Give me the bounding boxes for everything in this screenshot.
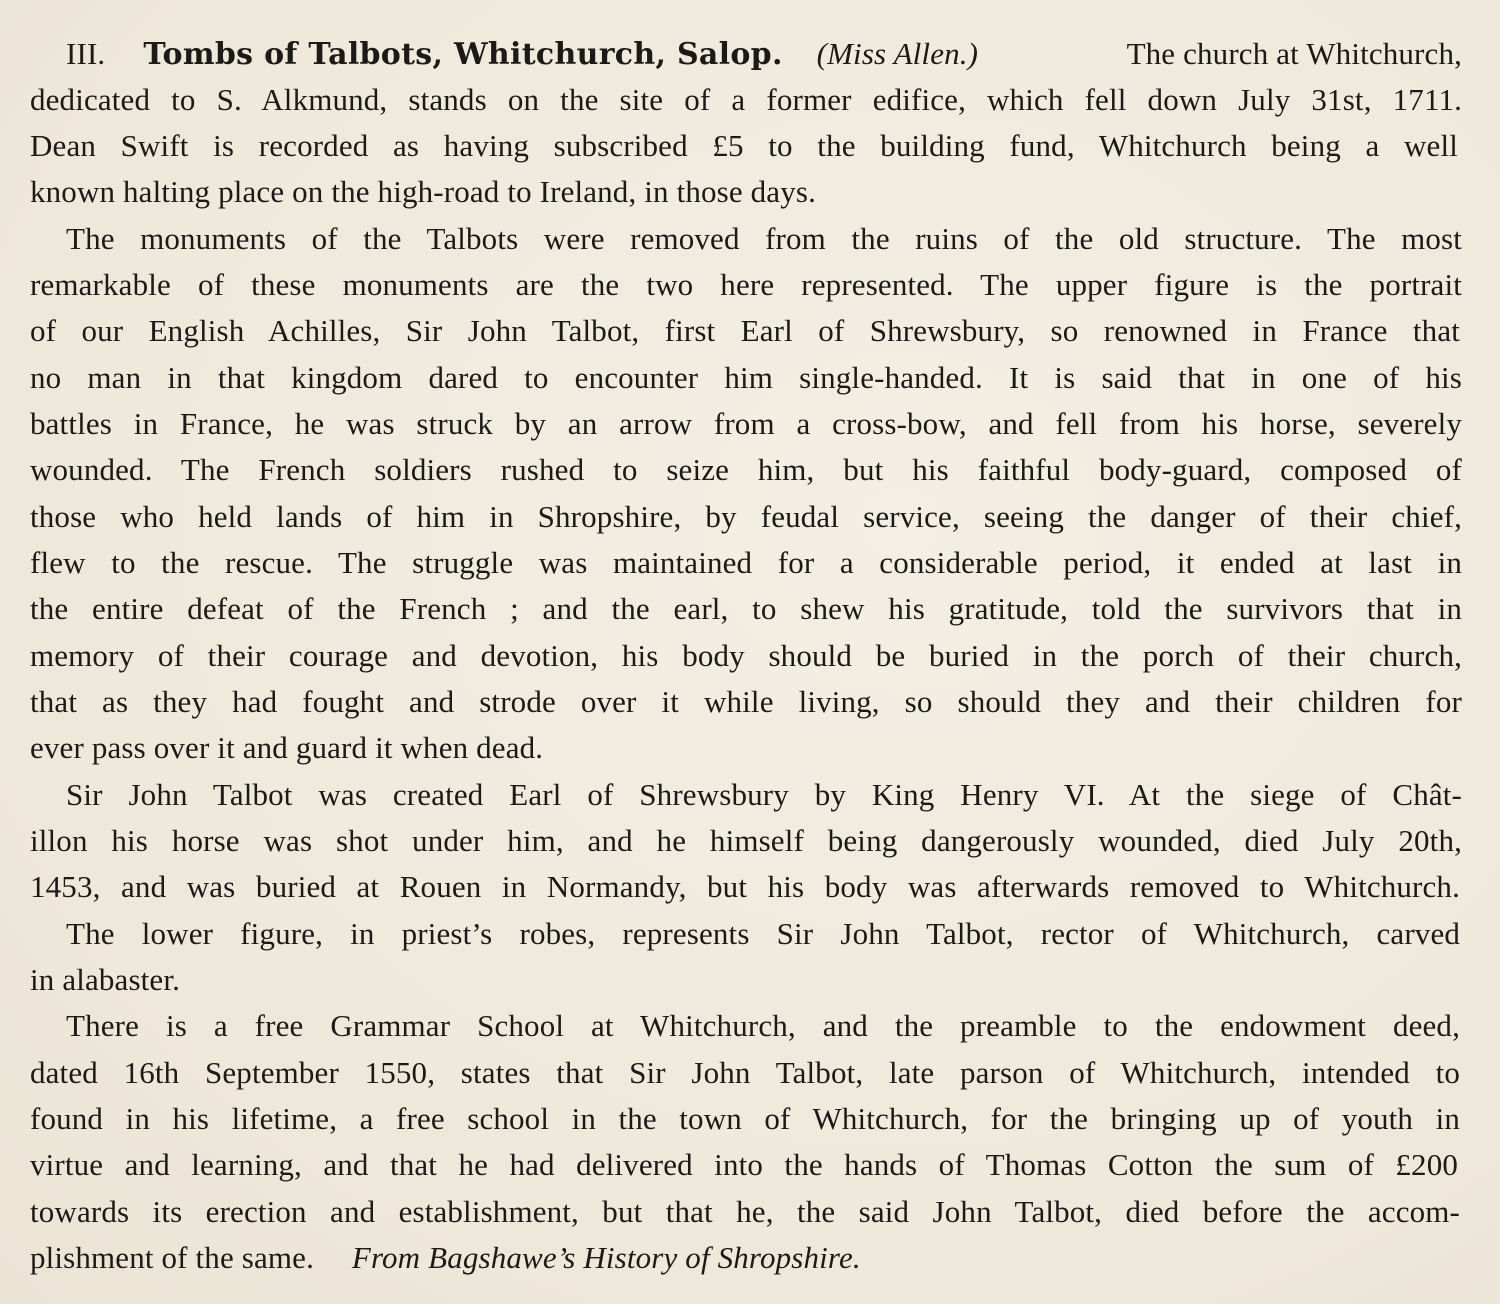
paragraph-5-line-5: towards its erection and establishment, … [30, 1189, 1460, 1235]
paragraph-2-line-12: ever pass over it and guard it when dead… [30, 725, 543, 771]
paragraph-2-line-9: the entire defeat of the French ; and th… [30, 586, 1462, 632]
section-numeral: III. [66, 36, 105, 71]
heading-line: III.Tombs of Talbots, Whitchurch, Salop.… [66, 31, 1462, 78]
paragraph-2-line-5: battles in France, he was struck by an a… [30, 401, 1462, 447]
paragraph-5-line-6: plishment of the same. From Bagshawe’s H… [30, 1235, 861, 1281]
scanned-book-page: III.Tombs of Talbots, Whitchurch, Salop.… [0, 0, 1500, 1304]
paragraph-3-line-2: illon his horse was shot under him, and … [30, 818, 1462, 864]
paragraph-1-line-2: dedicated to S. Alkmund, stands on the s… [30, 77, 1462, 123]
paragraph-2-line-6: wounded. The French soldiers rushed to s… [30, 447, 1462, 493]
paragraph-5-line-4: virtue and learning, and that he had del… [30, 1142, 1458, 1188]
paragraph-4-line-1: The lower figure, in priest’s robes, rep… [66, 911, 1460, 957]
paragraph-2-line-7: those who held lands of him in Shropshir… [30, 494, 1462, 540]
paragraph-5-line-1: There is a free Grammar School at Whitch… [66, 1003, 1460, 1049]
paragraph-5-line-2: dated 16th September 1550, states that S… [30, 1050, 1460, 1096]
paragraph-1-line-3: Dean Swift is recorded as having subscri… [30, 123, 1458, 169]
paragraph-3-line-1: Sir John Talbot was created Earl of Shre… [66, 772, 1462, 818]
paragraph-1-line-1: The church at Whitchurch, [1127, 31, 1462, 77]
paragraph-2-line-8: flew to the rescue. The struggle was mai… [30, 540, 1462, 586]
paragraph-2-line-10: memory of their courage and devotion, hi… [30, 633, 1462, 679]
paragraph-1-line-4: known halting place on the high-road to … [30, 169, 816, 215]
paragraph-2-line-4: no man in that kingdom dared to encounte… [30, 355, 1462, 401]
paragraph-2-line-11: that as they had fought and strode over … [30, 679, 1462, 725]
paragraph-2-line-1: The monuments of the Talbots were remove… [66, 216, 1462, 262]
section-title: Tombs of Talbots, Whitchurch, Salop. [143, 37, 782, 72]
paragraph-2-line-2: remarkable of these monuments are the tw… [30, 262, 1462, 308]
source-attribution: From Bagshawe’s History of Shropshire. [352, 1240, 861, 1275]
paragraph-5-line-3: found in his lifetime, a free school in … [30, 1096, 1460, 1142]
contributor-credit: (Miss Allen.) [817, 36, 979, 71]
paragraph-3-line-3: 1453, and was buried at Rouen in Normand… [30, 864, 1460, 910]
paragraph-2-line-3: of our English Achilles, Sir John Talbot… [30, 308, 1460, 354]
paragraph-5-line-6-text: plishment of the same. [30, 1240, 314, 1275]
paragraph-4-line-2: in alabaster. [30, 957, 180, 1003]
